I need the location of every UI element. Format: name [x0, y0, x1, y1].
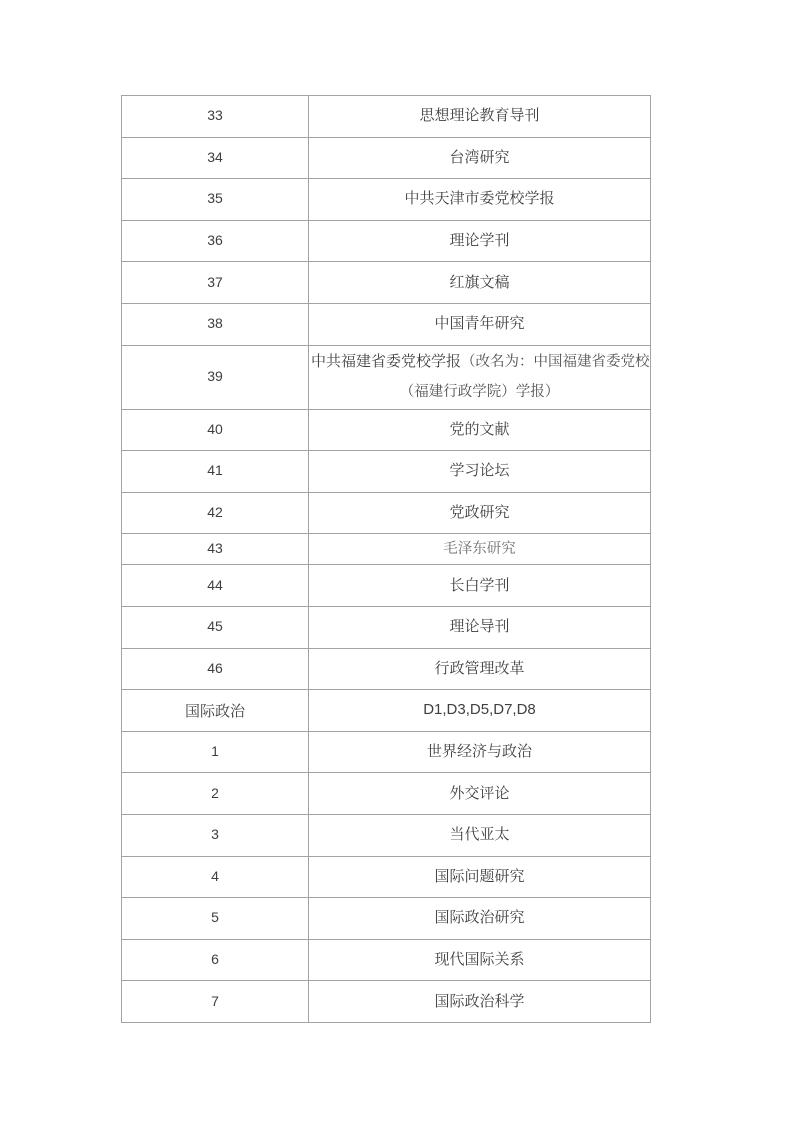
cell-index-text: 3 — [211, 826, 219, 842]
cell-index: 40 — [122, 409, 309, 451]
journal-name-line: 理论学刊 — [311, 226, 648, 256]
table-row: 3当代亚太 — [122, 814, 651, 856]
cell-journal-name: 行政管理改革 — [309, 648, 651, 690]
journal-name-line: 党的文献 — [311, 415, 648, 445]
cell-index-text: 国际政治 — [185, 703, 245, 720]
cell-index-text: 2 — [211, 785, 219, 801]
cell-index: 35 — [122, 179, 309, 221]
cell-index: 4 — [122, 856, 309, 898]
journal-name-text: 中国青年研究 — [434, 315, 524, 332]
cell-journal-name: 世界经济与政治 — [309, 731, 651, 773]
cell-index: 33 — [122, 96, 309, 138]
journal-name-line: 世界经济与政治 — [311, 737, 648, 767]
cell-index: 38 — [122, 303, 309, 345]
cell-journal-name: 学习论坛 — [309, 451, 651, 493]
cell-journal-name: 台湾研究 — [309, 137, 651, 179]
cell-journal-name: 当代亚太 — [309, 814, 651, 856]
journal-name-line: 外交评论 — [311, 779, 648, 809]
journal-name-line: 学习论坛 — [311, 456, 648, 486]
cell-journal-name: 党政研究 — [309, 492, 651, 534]
table-row: 36理论学刊 — [122, 220, 651, 262]
cell-index-text: 38 — [207, 315, 223, 331]
journal-name-line: D1,D3,D5,D7,D8 — [311, 695, 648, 725]
cell-journal-name: 现代国际关系 — [309, 939, 651, 981]
journal-name-text: 党政研究 — [449, 504, 509, 521]
cell-index: 3 — [122, 814, 309, 856]
cell-index-text: 44 — [207, 577, 223, 593]
journal-name-text: 国际政治科学 — [434, 993, 524, 1010]
cell-index-text: 1 — [211, 743, 219, 759]
cell-index-text: 35 — [207, 190, 223, 206]
journal-name-text: 国际问题研究 — [434, 868, 524, 885]
table-row: 45理论导刊 — [122, 606, 651, 648]
journal-table-container: 33思想理论教育导刊34台湾研究35中共天津市委党校学报36理论学刊37红旗文稿… — [121, 95, 650, 1023]
journal-name-line: 中国青年研究 — [311, 309, 648, 339]
table-row: 国际政治D1,D3,D5,D7,D8 — [122, 690, 651, 732]
cell-index: 43 — [122, 534, 309, 565]
table-row: 46行政管理改革 — [122, 648, 651, 690]
table-row: 7国际政治科学 — [122, 981, 651, 1023]
cell-index: 2 — [122, 773, 309, 815]
table-row: 33思想理论教育导刊 — [122, 96, 651, 138]
cell-index-text: 42 — [207, 504, 223, 520]
journal-name-text: D1,D3,D5,D7,D8 — [423, 701, 536, 718]
cell-journal-name: 理论学刊 — [309, 220, 651, 262]
cell-index: 44 — [122, 565, 309, 607]
cell-journal-name: 中共天津市委党校学报 — [309, 179, 651, 221]
cell-index: 34 — [122, 137, 309, 179]
cell-index: 37 — [122, 262, 309, 304]
journal-name-text: 外交评论 — [449, 785, 509, 802]
cell-index-text: 33 — [207, 107, 223, 123]
journal-name-line: 当代亚太 — [311, 820, 648, 850]
journal-name-text: 现代国际关系 — [434, 951, 524, 968]
journal-name-text: 台湾研究 — [449, 149, 509, 166]
journal-name-line: 台湾研究 — [311, 143, 648, 173]
cell-index-text: 7 — [211, 993, 219, 1009]
cell-index-text: 6 — [211, 951, 219, 967]
journal-name-line: 中共天津市委党校学报 — [311, 184, 648, 214]
table-row: 38中国青年研究 — [122, 303, 651, 345]
cell-journal-name: 中国青年研究 — [309, 303, 651, 345]
cell-index: 46 — [122, 648, 309, 690]
journal-name-line: 现代国际关系 — [311, 945, 648, 975]
cell-journal-name: 外交评论 — [309, 773, 651, 815]
table-row: 35中共天津市委党校学报 — [122, 179, 651, 221]
cell-index-text: 46 — [207, 660, 223, 676]
cell-index: 39 — [122, 345, 309, 409]
journal-ranking-table: 33思想理论教育导刊34台湾研究35中共天津市委党校学报36理论学刊37红旗文稿… — [121, 95, 651, 1023]
journal-name-text: 党的文献 — [449, 421, 509, 438]
cell-index-text: 41 — [207, 462, 223, 478]
cell-index-text: 40 — [207, 421, 223, 437]
cell-journal-name: 党的文献 — [309, 409, 651, 451]
journal-name-text: 思想理论教育导刊 — [419, 107, 539, 124]
table-row: 1世界经济与政治 — [122, 731, 651, 773]
cell-index-text: 37 — [207, 274, 223, 290]
journal-name-line: 国际政治科学 — [311, 987, 648, 1017]
journal-name-line: 红旗文稿 — [311, 268, 648, 298]
table-row: 39中共福建省委党校学报（改名为：中国福建省委党校（福建行政学院）学报） — [122, 345, 651, 409]
journal-name-line: 行政管理改革 — [311, 654, 648, 684]
table-row: 4国际问题研究 — [122, 856, 651, 898]
journal-name-text: 中共福建省委党校学报 — [311, 353, 461, 370]
journal-name-line: 理论导刊 — [311, 612, 648, 642]
table-row: 2外交评论 — [122, 773, 651, 815]
journal-name-line: 国际问题研究 — [311, 862, 648, 892]
cell-index-text: 43 — [207, 540, 223, 556]
cell-index: 5 — [122, 898, 309, 940]
table-row: 41学习论坛 — [122, 451, 651, 493]
table-row: 37红旗文稿 — [122, 262, 651, 304]
journal-name-text: 红旗文稿 — [449, 274, 509, 291]
cell-index: 42 — [122, 492, 309, 534]
table-row: 40党的文献 — [122, 409, 651, 451]
journal-name-text: 国际政治研究 — [434, 909, 524, 926]
cell-journal-name: 毛泽东研究 — [309, 534, 651, 565]
table-row: 6现代国际关系 — [122, 939, 651, 981]
journal-name-line: 毛泽东研究 — [311, 534, 648, 564]
cell-index: 1 — [122, 731, 309, 773]
cell-index: 7 — [122, 981, 309, 1023]
journal-name-text: 中共天津市委党校学报 — [404, 190, 554, 207]
journal-name-line: 党政研究 — [311, 498, 648, 528]
cell-journal-name: D1,D3,D5,D7,D8 — [309, 690, 651, 732]
cell-index-text: 4 — [211, 868, 219, 884]
cell-journal-name: 中共福建省委党校学报（改名为：中国福建省委党校（福建行政学院）学报） — [309, 345, 651, 409]
journal-name-text: 行政管理改革 — [434, 660, 524, 677]
cell-journal-name: 国际问题研究 — [309, 856, 651, 898]
cell-index: 45 — [122, 606, 309, 648]
cell-index-text: 45 — [207, 618, 223, 634]
journal-name-line: 长白学刊 — [311, 571, 648, 601]
table-row: 34台湾研究 — [122, 137, 651, 179]
document-page: 33思想理论教育导刊34台湾研究35中共天津市委党校学报36理论学刊37红旗文稿… — [0, 0, 793, 1122]
cell-journal-name: 理论导刊 — [309, 606, 651, 648]
journal-name-text: 长白学刊 — [449, 577, 509, 594]
cell-index-text: 34 — [207, 149, 223, 165]
cell-index: 41 — [122, 451, 309, 493]
cell-index: 36 — [122, 220, 309, 262]
journal-name-line: （福建行政学院）学报） — [311, 377, 648, 407]
table-row: 42党政研究 — [122, 492, 651, 534]
cell-index-text: 39 — [207, 368, 223, 384]
journal-table-body: 33思想理论教育导刊34台湾研究35中共天津市委党校学报36理论学刊37红旗文稿… — [122, 96, 651, 1023]
table-row: 5国际政治研究 — [122, 898, 651, 940]
journal-name-line: 中共福建省委党校学报（改名为：中国福建省委党校 — [311, 347, 648, 377]
table-row: 43毛泽东研究 — [122, 534, 651, 565]
journal-name-line: 国际政治研究 — [311, 903, 648, 933]
journal-name-text: 理论学刊 — [449, 232, 509, 249]
journal-name-text: 理论导刊 — [449, 618, 509, 635]
cell-index: 国际政治 — [122, 690, 309, 732]
cell-journal-name: 国际政治科学 — [309, 981, 651, 1023]
journal-name-text: 毛泽东研究 — [443, 541, 516, 557]
journal-name-text: 学习论坛 — [449, 462, 509, 479]
journal-name-text: 世界经济与政治 — [427, 743, 532, 760]
cell-journal-name: 思想理论教育导刊 — [309, 96, 651, 138]
cell-journal-name: 红旗文稿 — [309, 262, 651, 304]
cell-index-text: 5 — [211, 909, 219, 925]
journal-name-text: 当代亚太 — [449, 826, 509, 843]
journal-name-text: （福建行政学院）学报） — [400, 384, 560, 400]
table-row: 44长白学刊 — [122, 565, 651, 607]
journal-name-text: （改名为：中国福建省委党校 — [461, 354, 650, 370]
cell-index: 6 — [122, 939, 309, 981]
cell-index-text: 36 — [207, 232, 223, 248]
journal-name-line: 思想理论教育导刊 — [311, 101, 648, 131]
cell-journal-name: 长白学刊 — [309, 565, 651, 607]
cell-journal-name: 国际政治研究 — [309, 898, 651, 940]
